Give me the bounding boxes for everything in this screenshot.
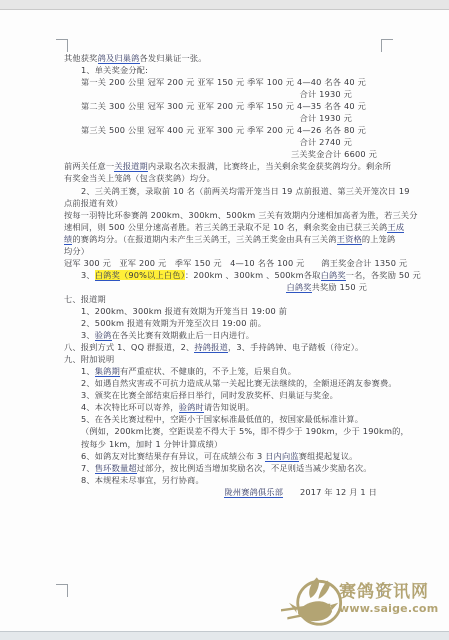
doc-text: 的赛鸽均分。（在报道期内未产生三关鸽王，三关鸽王奖金由具有三关鸽 bbox=[72, 234, 336, 244]
doc-text: （例如，200km比赛，空距误差不得大于 5%，即不得少于 190km，少于 1… bbox=[81, 426, 409, 436]
doc-text: 共奖励 150 元 bbox=[312, 282, 367, 292]
document-page: 其他获奖鸽及归巢鸽各发归巢证一张。1、单关奖金分配:第一关 200 公里 冠军 … bbox=[0, 0, 449, 640]
doc-text: 第三关 500 公里 冠军 400 元 亚军 300 元 季军 200 元 4—… bbox=[81, 125, 366, 135]
doc-text: 1、单关奖金分配: bbox=[81, 65, 148, 75]
doc-text-marked: 售环数量超 bbox=[95, 463, 137, 474]
doc-line: 2、500km 报道有效期为开笼至次日 19:00 前。 bbox=[64, 317, 382, 329]
doc-text-marked: 持鸽报道 bbox=[194, 342, 228, 353]
doc-text-marked: 白鸽奖 bbox=[321, 270, 346, 281]
doc-line: 八、报到方式 1、QQ 群报道，2、持鸽报道，3、手持鸽钟、电子踏板（待定）。 bbox=[64, 341, 382, 353]
doc-text: 2、500km 报道有效期为开笼至次日 19:00 前。 bbox=[81, 318, 266, 328]
doc-text: 其他获奖 bbox=[64, 53, 98, 63]
doc-line: 均分） bbox=[64, 245, 382, 257]
doc-text: 5、在各关比赛过程中，空距小于国家标准最低值的，按国家最低标准计算。 bbox=[81, 414, 363, 424]
doc-line: 按每一羽特比环参赛鸽 200km、300km、500km 三关有效期内分速相加高… bbox=[64, 209, 382, 221]
doc-text: 内录取名次未报满，比赛终止，当关剩余奖金获奖鸽均分。剩余所 bbox=[148, 161, 391, 171]
doc-text: 在各关比赛有效期截止后一日内进行。 bbox=[112, 330, 255, 340]
doc-text: ，3、手持鸽钟、电子踏板（待定）。 bbox=[228, 342, 364, 352]
doc-text: 2、如遇自然灾害或不可抗力造成从第一关起比赛无法继续的，全额退还鸽友参赛费。 bbox=[81, 378, 397, 388]
doc-text: 3、 bbox=[81, 330, 95, 340]
doc-text: 速相同，则 500 公里分速高者胜。若三关鸽王录取不足 10 名，剩余奖金由已获… bbox=[64, 222, 387, 232]
doc-text: 有奖金当关上笼鸽（包含获奖鸽）均分。 bbox=[64, 173, 215, 183]
margin-mark-bottom-left bbox=[56, 584, 68, 597]
doc-text: 4、本次特比环可以寄养， bbox=[81, 402, 179, 412]
doc-line: 合计 2740 元 bbox=[64, 136, 382, 148]
doc-text-marked: 陇州赛鸽俱乐部 bbox=[224, 487, 283, 498]
doc-text-marked: 王资格 bbox=[337, 234, 362, 245]
doc-line: 合计 1930 元 bbox=[64, 112, 382, 124]
doc-text: 一名，各奖励 50 元 bbox=[346, 270, 421, 280]
doc-text: 请告知说明。 bbox=[204, 402, 254, 412]
doc-line: 4、本次特比环可以寄养，验鸽时请告知说明。 bbox=[64, 401, 382, 413]
doc-text: 八、报到方式 1、QQ 群报道，2、 bbox=[64, 342, 194, 352]
doc-text: 赛组提起复议。 bbox=[299, 451, 358, 461]
doc-text: 的上笼鸽 bbox=[362, 234, 396, 244]
doc-line: 8、本规程未尽事宜，另行协商。 bbox=[64, 474, 382, 486]
doc-line: 冠军 300 元 亚军 200 元 季军 150 元 4—10 名各 100 元… bbox=[64, 257, 382, 269]
doc-text: 6、如鸽友对比赛结果存有异议，可在成绩公布 3 bbox=[81, 451, 265, 461]
watermark-site-url: www.saige.com bbox=[339, 602, 431, 615]
doc-line: 7、售环数量超过部分，按比例适当增加奖励名次，不足则适当减少奖励名次。 bbox=[64, 462, 382, 474]
doc-line: 第三关 500 公里 冠军 400 元 亚军 300 元 季军 200 元 4—… bbox=[64, 124, 382, 136]
doc-line: 三关奖金合计 6600 元 bbox=[64, 148, 382, 160]
doc-text-marked: 日内向监 bbox=[265, 451, 299, 462]
margin-mark-top-left bbox=[56, 39, 68, 52]
doc-line: 第二关 300 公里 冠军 300 元 亚军 200 元 季军 150 元 4—… bbox=[64, 100, 382, 112]
doc-text: 冠军 300 元 亚军 200 元 季军 150 元 4—10 名各 100 元… bbox=[64, 258, 407, 268]
doc-text-marked: 白鸽奖 bbox=[286, 282, 311, 293]
doc-line: 七、报道期 bbox=[64, 293, 382, 305]
page-edge-top bbox=[0, 0, 449, 10]
doc-line: 陇州赛鸽俱乐部 2017 年 12 月 1 日 bbox=[64, 486, 382, 498]
doc-text-marked: 白鸽奖 bbox=[95, 270, 120, 281]
doc-text-marked: 集鸽期 bbox=[95, 366, 120, 377]
doc-text: 第二关 300 公里 冠军 300 元 亚军 200 元 季军 150 元 4—… bbox=[81, 101, 366, 111]
doc-text-marked: 鸽及归巢鸽 bbox=[98, 53, 140, 64]
site-watermark: 赛鸽资讯网 www.saige.com bbox=[281, 574, 431, 630]
doc-line: 有奖金当关上笼鸽（包含获奖鸽）均分。 bbox=[64, 172, 382, 184]
doc-line: 其他获奖鸽及归巢鸽各发归巢证一张。 bbox=[64, 52, 382, 64]
watermark-site-name: 赛鸽资讯网 bbox=[339, 582, 431, 602]
doc-text: 均分） bbox=[64, 246, 89, 256]
doc-text: 按每少 1km，加时 1 分钟计算成绩） bbox=[81, 439, 222, 449]
doc-line: 按每少 1km，加时 1 分钟计算成绩） bbox=[64, 438, 382, 450]
doc-text: ：200km 、300km 、500km各取 bbox=[185, 270, 321, 280]
doc-line: 白鸽奖共奖励 150 元 bbox=[64, 281, 382, 293]
doc-text-marked: 关报道期 bbox=[114, 161, 148, 172]
doc-text: 1、200km、300km 报道有效期为开笼当日 19:00 前 bbox=[81, 306, 287, 316]
doc-line: 6、如鸽友对比赛结果存有异议，可在成绩公布 3 日内向监赛组提起复议。 bbox=[64, 450, 382, 462]
doc-text-marked: （90%以上白色） bbox=[120, 270, 185, 280]
margin-mark-top-right bbox=[381, 39, 393, 52]
doc-line: 前两关任意一关报道期内录取名次未报满，比赛终止，当关剩余奖金获奖鸽均分。剩余所 bbox=[64, 160, 382, 172]
doc-line: 1、200km、300km 报道有效期为开笼当日 19:00 前 bbox=[64, 305, 382, 317]
doc-text: 有严重症状、不健康的，不予上笼，后果自负。 bbox=[120, 366, 296, 376]
doc-text: 按每一羽特比环参赛鸽 200km、300km、500km 三关有效期内分速相加高… bbox=[64, 210, 418, 220]
doc-text: 点前报道有效） bbox=[64, 198, 123, 208]
doc-text: 合计 2740 元 bbox=[300, 137, 352, 147]
doc-text: 第一关 200 公里 冠军 200 元 亚军 150 元 季军 100 元 4—… bbox=[81, 77, 366, 87]
doc-text: 过部分，按比例适当增加奖励名次，不足则适当减少奖励名次。 bbox=[137, 463, 372, 473]
doc-text: 3、颁奖在比赛全部结束后择日举行，同时发放奖杯、归巢证与奖金。 bbox=[81, 390, 338, 400]
doc-text: 各发归巢证一张。 bbox=[140, 53, 207, 63]
doc-line: 点前报道有效） bbox=[64, 197, 382, 209]
doc-text: 七、报道期 bbox=[64, 294, 106, 304]
doc-line: 绩的赛鸽均分。（在报道期内未产生三关鸽王，三关鸽王奖金由具有三关鸽王资格的上笼鸽 bbox=[64, 233, 382, 245]
doc-text: 合计 1930 元 bbox=[300, 113, 352, 123]
doc-line: 1、单关奖金分配: bbox=[64, 64, 382, 76]
doc-text: 三关奖金合计 6600 元 bbox=[291, 149, 377, 159]
doc-line: 合计 1930 元 bbox=[64, 88, 382, 100]
doc-line: 1、集鸽期有严重症状、不健康的，不予上笼，后果自负。 bbox=[64, 365, 382, 377]
doc-text: 2、三关鸽王赛，录取前 10 名（前两关均需开笼当日 19 点前报道、第三关开笼… bbox=[81, 186, 410, 196]
doc-line: 3、验鸽在各关比赛有效期截止后一日内进行。 bbox=[64, 329, 382, 341]
doc-text-marked: 验鸽 bbox=[95, 330, 112, 341]
doc-text: 前两关任意一 bbox=[64, 161, 114, 171]
document-body: 其他获奖鸽及归巢鸽各发归巢证一张。1、单关奖金分配:第一关 200 公里 冠军 … bbox=[64, 52, 382, 498]
doc-line: 3、白鸽奖（90%以上白色）：200km 、300km 、500km各取白鸽奖一… bbox=[64, 269, 382, 281]
doc-text: 3、 bbox=[81, 270, 95, 280]
doc-line: 2、三关鸽王赛，录取前 10 名（前两关均需开笼当日 19 点前报道、第三关开笼… bbox=[64, 185, 382, 197]
doc-line: （例如，200km比赛，空距误差不得大于 5%，即不得少于 190km，少于 1… bbox=[64, 425, 382, 437]
doc-line: 3、颁奖在比赛全部结束后择日举行，同时发放奖杯、归巢证与奖金。 bbox=[64, 389, 382, 401]
doc-text: 7、 bbox=[81, 463, 95, 473]
doc-text-marked: 验鸽时 bbox=[179, 402, 204, 413]
doc-text: 1、 bbox=[81, 366, 95, 376]
doc-line: 2、如遇自然灾害或不可抗力造成从第一关起比赛无法继续的，全额退还鸽友参赛费。 bbox=[64, 377, 382, 389]
doc-text: 九、附加说明 bbox=[64, 354, 114, 364]
doc-line: 速相同，则 500 公里分速高者胜。若三关鸽王录取不足 10 名，剩余奖金由已获… bbox=[64, 221, 382, 233]
doc-line: 5、在各关比赛过程中，空距小于国家标准最低值的，按国家最低标准计算。 bbox=[64, 413, 382, 425]
doc-line: 九、附加说明 bbox=[64, 353, 382, 365]
page-edge-bottom bbox=[0, 631, 449, 640]
doc-text: 合计 1930 元 bbox=[300, 89, 352, 99]
doc-line: 第一关 200 公里 冠军 200 元 亚军 150 元 季军 100 元 4—… bbox=[64, 76, 382, 88]
doc-text: 8、本规程未尽事宜，另行协商。 bbox=[81, 475, 204, 485]
doc-text-marked: 王成 bbox=[387, 222, 404, 233]
doc-text: 2017 年 12 月 1 日 bbox=[283, 487, 377, 497]
